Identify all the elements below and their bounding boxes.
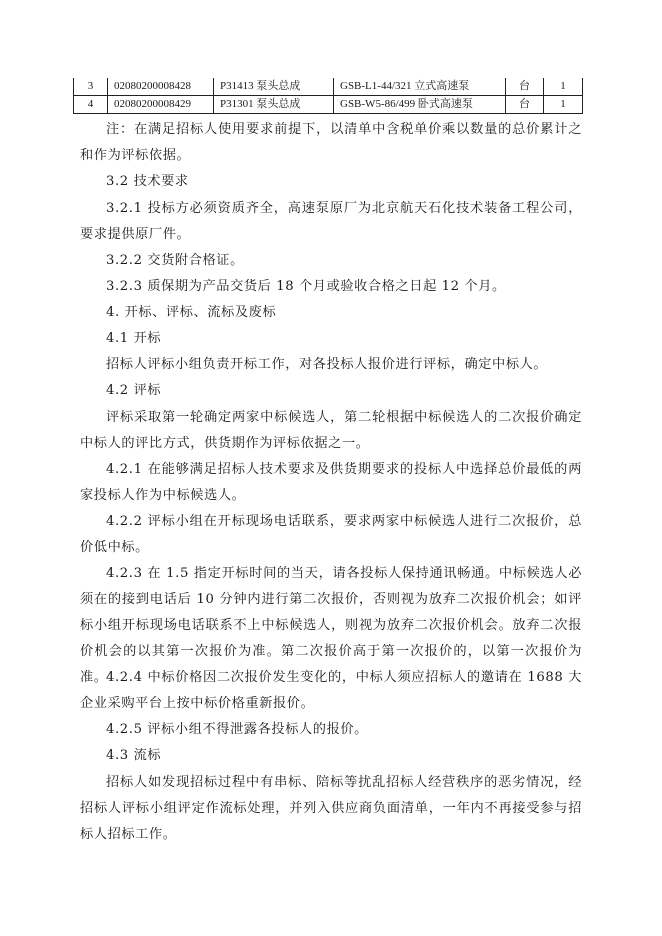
paragraph-4-2-1: 4.2.1 在能够满足招标人技术要求及供货期要求的投标人中选择总价最低的两家投标… [80,457,582,509]
paragraph-3-2-1: 3.2.1 投标方必须资质齐全，高速泵原厂为北京航天石化技术装备工程公司，要求提… [80,196,582,248]
row-index: 4 [74,96,108,114]
row-index: 3 [74,78,108,96]
section-heading-4-2: 4.2 评标 [106,378,608,404]
material-name: P31413 泵头总成 [214,78,334,96]
paragraph-4-3-body: 招标人如发现招标过程中有串标、陪标等扰乱招标人经营秩序的恶劣情况，经招标人评标小… [80,770,582,848]
unit: 台 [506,78,544,96]
paragraph-4-1-body: 招标人评标小组负责开标工作，对各投标人报价进行评标，确定中标人。 [106,352,608,378]
material-spec: GSB-W5-86/499 卧式高速泵 [334,96,506,114]
section-heading-4-1: 4.1 开标 [106,326,608,352]
paragraph-4-2-body: 评标采取第一轮确定两家中标候选人，第二轮根据中标候选人的二次报价确定中标人的评比… [80,405,582,457]
unit: 台 [506,96,544,114]
material-spec: GSB-L1-44/321 立式高速泵 [334,78,506,96]
material-code: 02080200008428 [108,78,214,96]
table-row: 3 02080200008428 P31413 泵头总成 GSB-L1-44/3… [74,78,583,96]
paragraph-4-2-5: 4.2.5 评标小组不得泄露各投标人的报价。 [106,717,608,743]
paragraph-3-2-3: 3.2.3 质保期为产品交货后 18 个月或验收合格之日起 12 个月。 [106,274,608,300]
material-code: 02080200008429 [108,96,214,114]
section-heading-4-3: 4.3 流标 [106,743,608,769]
paragraph-4-2-2: 4.2.2 评标小组在开标现场电话联系，要求两家中标候选人进行二次报价，总价低中… [80,509,582,561]
quantity: 1 [544,78,583,96]
paragraph-4-2-4: 4.2.4 中标价格因二次报价发生变化的，中标人须应招标人的邀请在 1688 大… [80,665,582,717]
section-heading-3-2: 3.2 技术要求 [106,169,608,195]
paragraph-3-2-2: 3.2.2 交货附合格证。 [106,248,608,274]
document-page: 3 02080200008428 P31413 泵头总成 GSB-L1-44/3… [0,0,662,936]
section-heading-4: 4. 开标、评标、流标及废标 [106,300,608,326]
material-name: P31301 泵头总成 [214,96,334,114]
item-table: 3 02080200008428 P31413 泵头总成 GSB-L1-44/3… [73,78,583,114]
quantity: 1 [544,96,583,114]
note-paragraph: 注：在满足招标人使用要求前提下，以清单中含税单价乘以数量的总价累计之和作为评标依… [80,117,582,169]
table-row: 4 02080200008429 P31301 泵头总成 GSB-W5-86/4… [74,96,583,114]
